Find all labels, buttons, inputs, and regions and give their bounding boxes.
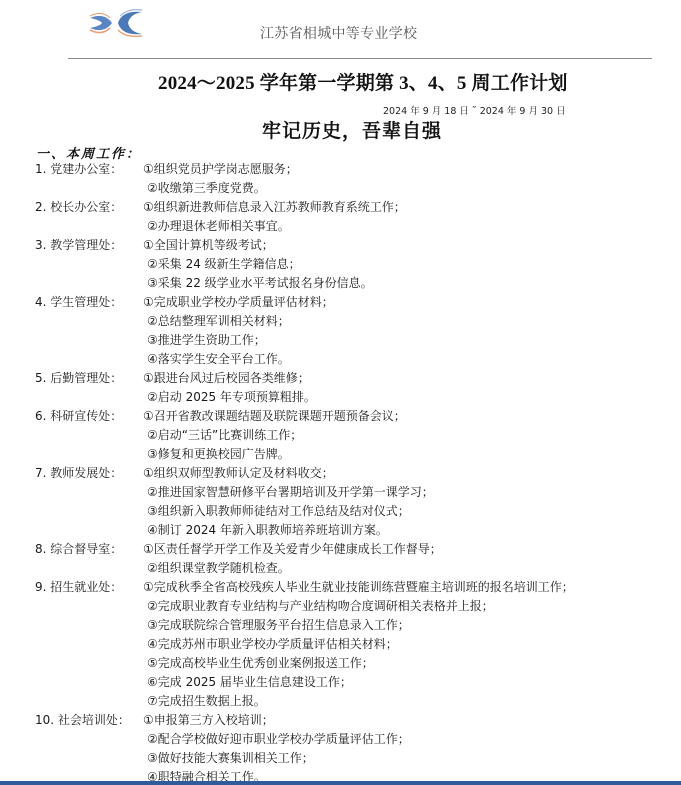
plan-row: 1. 党建办公室： ①组织党员护学岗志愿服务； [0, 160, 681, 179]
date-range: 2024 年 9 月 18 日 ˜ 2024 年 9 月 30 日 [383, 103, 566, 117]
department-label: 2. 校长办公室： [35, 198, 122, 217]
department-label: 7. 教师发展处： [35, 464, 122, 483]
task-item: ①申报第三方入校培训； [143, 711, 274, 730]
plan-row: 7. 教师发展处： ①组织双师型教师认定及材料收交； [0, 464, 681, 483]
plan-row: ③采集 22 级学业水平考试报名身份信息。 [0, 274, 681, 293]
task-item: ②推进国家智慧研修平台署期培训及开学第一课学习； [147, 483, 434, 502]
plan-row: ⑦完成招生数据上报。 [0, 692, 681, 711]
task-item: ①完成职业学校办学质量评估材料； [143, 293, 334, 312]
plan-row: ②配合学校做好迎市职业学校办学质量评估工作； [0, 730, 681, 749]
task-item: ②总结整理军训相关材料； [147, 312, 290, 331]
task-item: ⑥完成 2025 届毕业生信息建设工作； [147, 673, 352, 692]
plan-row: ③组织新入职教师师徒结对工作总结及结对仪式； [0, 502, 681, 521]
plan-row: 8. 综合督导室： ①区责任督学开学工作及关爱青少年健康成长工作督导； [0, 540, 681, 559]
task-item: ②收缴第三季度党费。 [147, 179, 266, 198]
header-divider [68, 58, 652, 59]
plan-row: ②启动 2025 年专项预算粗排。 [0, 388, 681, 407]
plan-row: ④完成苏州市职业学校办学质量评估相关材料； [0, 635, 681, 654]
department-label: 3. 教学管理处： [35, 236, 122, 255]
task-item: ②完成职业教育专业结构与产业结构吻合度调研相关表格并上报； [147, 597, 494, 616]
task-item: ④制订 2024 年新入职教师培养班培训方案。 [147, 521, 388, 540]
department-label: 1. 党建办公室： [35, 160, 122, 179]
plan-row: 9. 招生就业处： ①完成秋季全省高校残疾人毕业生就业技能训练营暨雇主培训班的报… [0, 578, 681, 597]
plan-row: 5. 后勤管理处： ①跟进台风过后校园各类维修； [0, 369, 681, 388]
task-item: ①跟进台风过后校园各类维修； [143, 369, 310, 388]
task-item: ②启动“三话”比赛训练工作； [147, 426, 302, 445]
task-item: ③完成联院综合管理服务平台招生信息录入工作； [147, 616, 410, 635]
task-item: ④落实学生安全平台工作。 [147, 350, 290, 369]
task-item: ③推进学生资助工作； [147, 331, 266, 350]
plan-row: ②完成职业教育专业结构与产业结构吻合度调研相关表格并上报； [0, 597, 681, 616]
task-item: ①组织党员护学岗志愿服务； [143, 160, 298, 179]
task-item: ⑦完成招生数据上报。 [147, 692, 266, 711]
department-label: 4. 学生管理处： [35, 293, 122, 312]
document-title: 2024～2025 学年第一学期第 3、4、5 周工作计划 [158, 68, 568, 95]
plan-row: 2. 校长办公室： ①组织新进教师信息录入江苏教师教育系统工作； [0, 198, 681, 217]
school-logo [88, 6, 144, 40]
plan-row: 3. 教学管理处： ①全国计算机等级考试； [0, 236, 681, 255]
plan-row: ②总结整理军训相关材料； [0, 312, 681, 331]
task-item: ③组织新入职教师师徒结对工作总结及结对仪式； [147, 502, 410, 521]
plan-row: ②办理退休老师相关事宜。 [0, 217, 681, 236]
plan-row: ③完成联院综合管理服务平台招生信息录入工作； [0, 616, 681, 635]
department-label: 6. 科研宣传处： [35, 407, 122, 426]
task-item: ①组织双师型教师认定及材料收交； [143, 464, 334, 483]
task-item: ②启动 2025 年专项预算粗排。 [147, 388, 316, 407]
task-item: ②采集 24 级新生学籍信息； [147, 255, 301, 274]
task-item: ②组织课堂教学随机检查。 [147, 559, 290, 578]
plan-row: 6. 科研宣传处： ①召开省教改课题结题及联院课题开题预备会议； [0, 407, 681, 426]
task-item: ①区责任督学开学工作及关爱青少年健康成长工作督导； [143, 540, 442, 559]
motto-heading: 牢记历史，吾辈自强 [262, 116, 442, 143]
plan-row: ②采集 24 级新生学籍信息； [0, 255, 681, 274]
department-label: 9. 招生就业处： [35, 578, 122, 597]
task-item: ①全国计算机等级考试； [143, 236, 274, 255]
plan-row: ③做好技能大赛集训相关工作； [0, 749, 681, 768]
task-item: ④完成苏州市职业学校办学质量评估相关材料； [147, 635, 398, 654]
plan-row: ⑤完成高校毕业生优秀创业案例报送工作； [0, 654, 681, 673]
task-item: ③修复和更换校园广告牌。 [147, 445, 290, 464]
task-item: ①召开省教改课题结题及联院课题开题预备会议； [143, 407, 406, 426]
plan-row: ②启动“三话”比赛训练工作； [0, 426, 681, 445]
task-item: ①完成秋季全省高校残疾人毕业生就业技能训练营暨雇主培训班的报名培训工作； [143, 578, 574, 597]
department-label: 8. 综合督导室： [35, 540, 122, 559]
task-item: ②办理退休老师相关事宜。 [147, 217, 290, 236]
plan-row: 4. 学生管理处： ①完成职业学校办学质量评估材料； [0, 293, 681, 312]
logo-icon [88, 6, 144, 40]
plan-row: ②收缴第三季度党费。 [0, 179, 681, 198]
plan-row: ②组织课堂教学随机检查。 [0, 559, 681, 578]
task-item: ③做好技能大赛集训相关工作； [147, 749, 314, 768]
department-label: 10. 社会培训处： [35, 711, 130, 730]
plan-row: ②推进国家智慧研修平台署期培训及开学第一课学习； [0, 483, 681, 502]
task-item: ⑤完成高校毕业生优秀创业案例报送工作； [147, 654, 374, 673]
plan-row: 10. 社会培训处： ①申报第三方入校培训； [0, 711, 681, 730]
work-plan-list: 1. 党建办公室： ①组织党员护学岗志愿服务； ②收缴第三季度党费。 2. 校长… [0, 160, 681, 785]
task-item: ②配合学校做好迎市职业学校办学质量评估工作； [147, 730, 410, 749]
plan-row: ④制订 2024 年新入职教师培养班培训方案。 [0, 521, 681, 540]
school-name: 江苏省相城中等专业学校 [260, 23, 417, 43]
department-label: 5. 后勤管理处： [35, 369, 122, 388]
bottom-border-bar [0, 781, 681, 785]
plan-row: ⑥完成 2025 届毕业生信息建设工作； [0, 673, 681, 692]
plan-row: ③推进学生资助工作； [0, 331, 681, 350]
task-item: ③采集 22 级学业水平考试报名身份信息。 [147, 274, 373, 293]
task-item: ①组织新进教师信息录入江苏教师教育系统工作； [143, 198, 406, 217]
plan-row: ④落实学生安全平台工作。 [0, 350, 681, 369]
plan-row: ③修复和更换校园广告牌。 [0, 445, 681, 464]
